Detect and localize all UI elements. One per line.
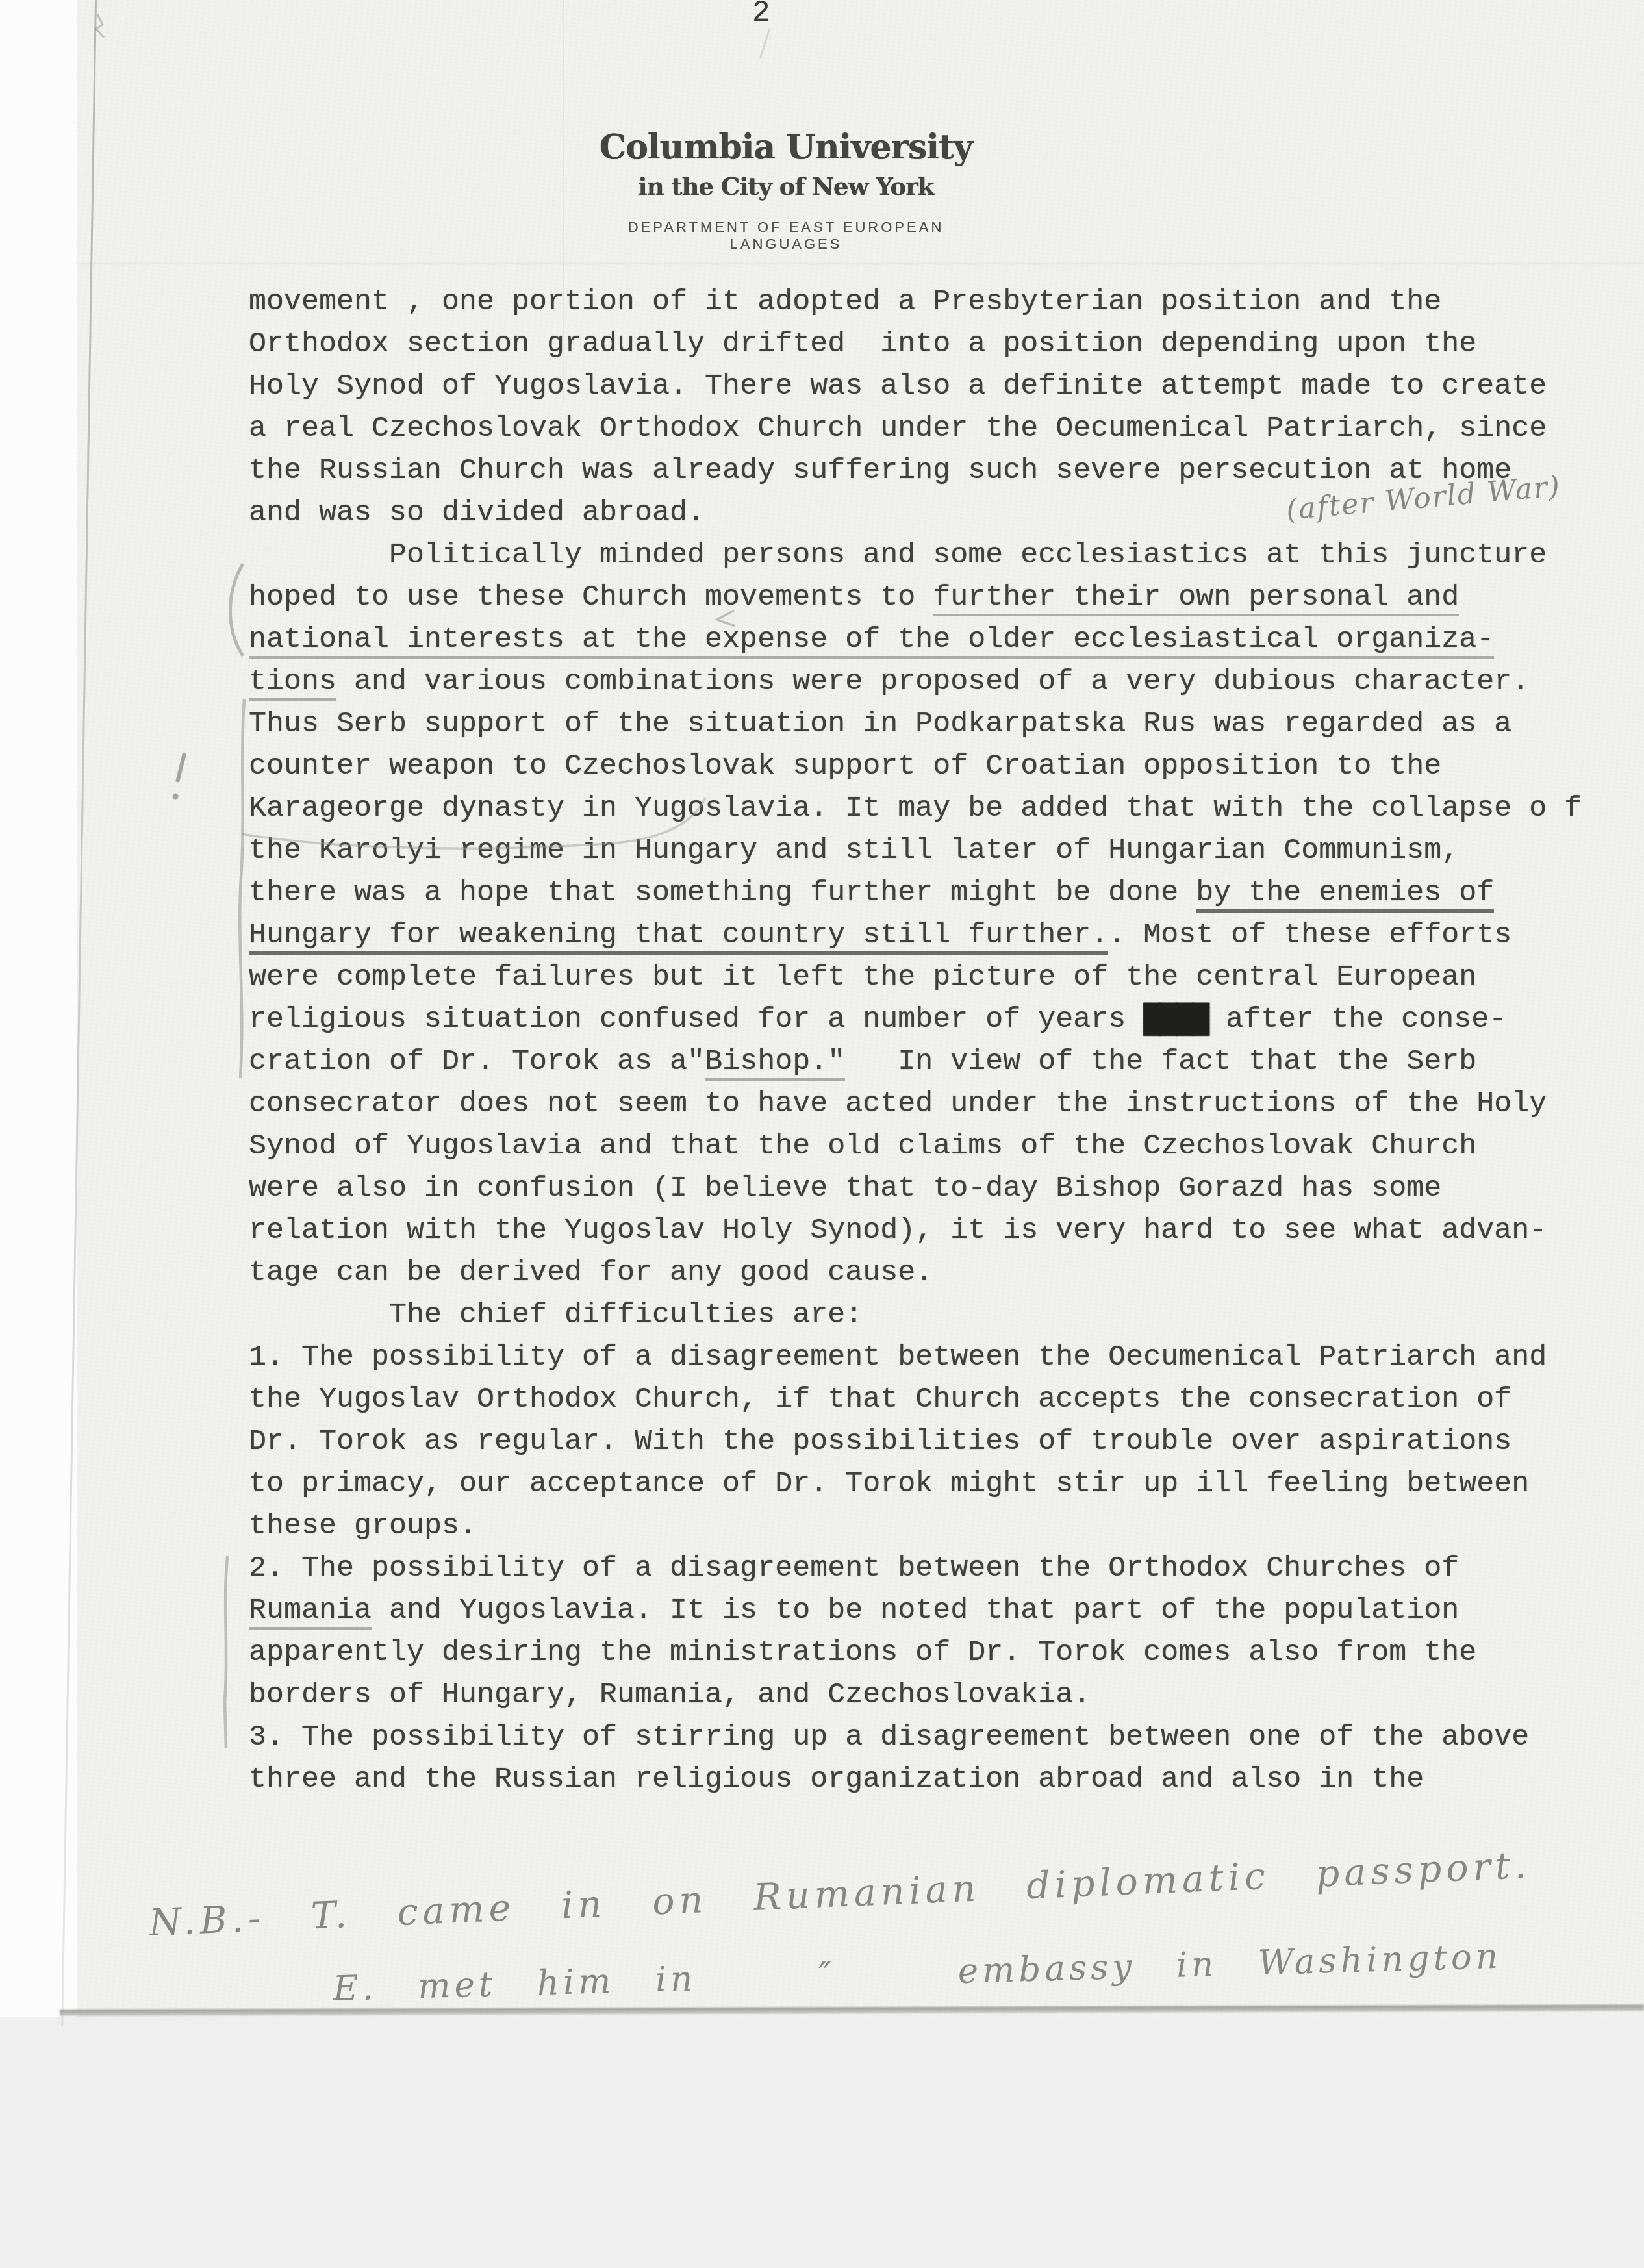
typed-line: national interests at the expense of the…: [249, 618, 1626, 661]
typed-text: The chief difficulties are:: [249, 1298, 863, 1331]
typed-text: and Yugoslavia. It is to be noted that p…: [372, 1594, 1459, 1627]
typed-text: 2. The possibility of a disagreement bet…: [249, 1552, 1459, 1585]
typed-text: 1. The possibility of a disagreement bet…: [249, 1341, 1547, 1374]
underlined-typed-text: tions: [249, 665, 336, 701]
typed-line: there was a hope that something further …: [249, 872, 1626, 914]
typed-line: consecrator does not seem to have acted …: [249, 1083, 1626, 1125]
typed-text: these groups.: [249, 1509, 477, 1543]
typed-line: were complete failures but it left the p…: [249, 956, 1626, 998]
typed-text: 3. The possibility of stirring up a disa…: [249, 1720, 1529, 1754]
typed-text: to primacy, our acceptance of Dr. Torok …: [249, 1467, 1529, 1500]
typed-text: religious situation confused for a numbe…: [249, 1003, 1143, 1036]
typed-text: were also in confusion (I believe that t…: [249, 1172, 1441, 1205]
typed-line: the Karolyi regime in Hungary and still …: [249, 829, 1626, 872]
underlined-typed-text: by the enemies of: [1196, 876, 1494, 913]
typed-text: Orthodox section gradually drifted into …: [249, 327, 1476, 360]
redacted-word: ████: [1143, 1003, 1208, 1036]
typed-line: Dr. Torok as regular. With the possibili…: [249, 1420, 1626, 1463]
typed-line: apparently desiring the ministrations of…: [249, 1632, 1626, 1674]
typed-line: relation with the Yugoslav Holy Synod), …: [249, 1209, 1626, 1252]
typed-text: hoped to use these Church movements to: [249, 581, 933, 614]
scanned-letter-page: 2 Columbia University in the City of New…: [0, 0, 1644, 2268]
typed-text: after the conse-: [1208, 1003, 1506, 1036]
typed-text: movement , one portion of it adopted a P…: [249, 285, 1441, 318]
typed-text: borders of Hungary, Rumania, and Czechos…: [249, 1678, 1091, 1711]
typed-text: . Most of these efforts: [1108, 918, 1511, 951]
typed-text: the Karolyi regime in Hungary and still …: [249, 834, 1459, 867]
typed-line: Holy Synod of Yugoslavia. There was also…: [249, 365, 1626, 407]
letterhead-department: DEPARTMENT OF EAST EUROPEAN LANGUAGES: [572, 219, 1000, 253]
typed-text: cration of Dr. Torok as a": [249, 1045, 705, 1078]
typed-line: Orthodox section gradually drifted into …: [249, 323, 1626, 365]
typed-line: and was so divided abroad.: [249, 492, 1626, 534]
underlined-typed-text: Bishop.": [705, 1045, 845, 1081]
typed-text: the Russian Church was already suffering…: [249, 454, 1511, 487]
typed-line: Politically minded persons and some eccl…: [249, 534, 1626, 576]
typed-text: a real Czechoslovak Orthodox Church unde…: [249, 412, 1547, 445]
typed-text: and various combinations were proposed o…: [336, 665, 1529, 698]
letterhead-city: in the City of New York: [572, 172, 1000, 201]
scanner-background-bottom: [0, 2017, 1644, 2268]
scanner-background-left: [0, 0, 77, 2268]
typed-line: were also in confusion (I believe that t…: [249, 1167, 1626, 1209]
typed-text: Dr. Torok as regular. With the possibili…: [249, 1425, 1511, 1458]
typed-line: Thus Serb support of the situation in Po…: [249, 703, 1626, 745]
underlined-typed-text: Hungary for weakening that country still…: [249, 918, 1108, 955]
typed-line: to primacy, our acceptance of Dr. Torok …: [249, 1463, 1626, 1505]
typed-line: counter weapon to Czechoslovak support o…: [249, 745, 1626, 787]
letterhead: Columbia University in the City of New Y…: [572, 127, 1000, 253]
typed-line: movement , one portion of it adopted a P…: [249, 281, 1626, 323]
typed-line: tage can be derived for any good cause.: [249, 1252, 1626, 1294]
typed-line: the Yugoslav Orthodox Church, if that Ch…: [249, 1378, 1626, 1420]
typed-text: there was a hope that something further …: [249, 876, 1196, 909]
typed-text: Synod of Yugoslavia and that the old cla…: [249, 1129, 1476, 1163]
typed-line: Karageorge dynasty in Yugoslavia. It may…: [249, 787, 1626, 829]
typed-text: relation with the Yugoslav Holy Synod), …: [249, 1214, 1547, 1247]
typed-text: Karageorge dynasty in Yugoslavia. It may…: [249, 792, 1582, 825]
typed-body: movement , one portion of it adopted a P…: [249, 281, 1626, 1800]
typed-text: tage can be derived for any good cause.: [249, 1256, 933, 1289]
typed-text: apparently desiring the ministrations of…: [249, 1636, 1476, 1669]
typed-text: three and the Russian religious organiza…: [249, 1763, 1424, 1796]
typed-line: these groups.: [249, 1505, 1626, 1547]
typed-line: a real Czechoslovak Orthodox Church unde…: [249, 407, 1626, 449]
underlined-typed-text: national interests at the expense of the…: [249, 623, 1494, 659]
typed-text: In view of the fact that the Serb: [845, 1045, 1476, 1078]
typed-line: borders of Hungary, Rumania, and Czechos…: [249, 1674, 1626, 1716]
typed-text: Politically minded persons and some eccl…: [249, 538, 1547, 572]
typed-text: consecrator does not seem to have acted …: [249, 1087, 1547, 1120]
typed-text: Holy Synod of Yugoslavia. There was also…: [249, 370, 1547, 403]
typed-line: tions and various combinations were prop…: [249, 661, 1626, 703]
typed-line: three and the Russian religious organiza…: [249, 1758, 1626, 1800]
underlined-typed-text: further their own personal and: [933, 581, 1459, 616]
typed-line: 2. The possibility of a disagreement bet…: [249, 1547, 1626, 1589]
typed-text: counter weapon to Czechoslovak support o…: [249, 750, 1441, 783]
typed-line: the Russian Church was already suffering…: [249, 449, 1626, 492]
paper-crease-horizontal: [77, 262, 1644, 265]
typed-line: The chief difficulties are:: [249, 1294, 1626, 1336]
letterhead-university: Columbia University: [572, 127, 1000, 167]
underlined-typed-text: Rumania: [249, 1594, 372, 1630]
page-number: 2: [752, 0, 770, 30]
typed-line: Rumania and Yugoslavia. It is to be note…: [249, 1589, 1626, 1632]
typed-line: 3. The possibility of stirring up a disa…: [249, 1716, 1626, 1758]
typed-text: Thus Serb support of the situation in Po…: [249, 707, 1511, 740]
typed-line: 1. The possibility of a disagreement bet…: [249, 1336, 1626, 1378]
typed-line: hoped to use these Church movements to f…: [249, 576, 1626, 618]
typed-text: and was so divided abroad.: [249, 496, 705, 529]
typed-line: Synod of Yugoslavia and that the old cla…: [249, 1125, 1626, 1167]
typed-text: the Yugoslav Orthodox Church, if that Ch…: [249, 1383, 1511, 1416]
typed-text: were complete failures but it left the p…: [249, 961, 1476, 994]
typed-line: religious situation confused for a numbe…: [249, 998, 1626, 1040]
typed-line: cration of Dr. Torok as a"Bishop." In vi…: [249, 1040, 1626, 1083]
typed-line: Hungary for weakening that country still…: [249, 914, 1626, 956]
